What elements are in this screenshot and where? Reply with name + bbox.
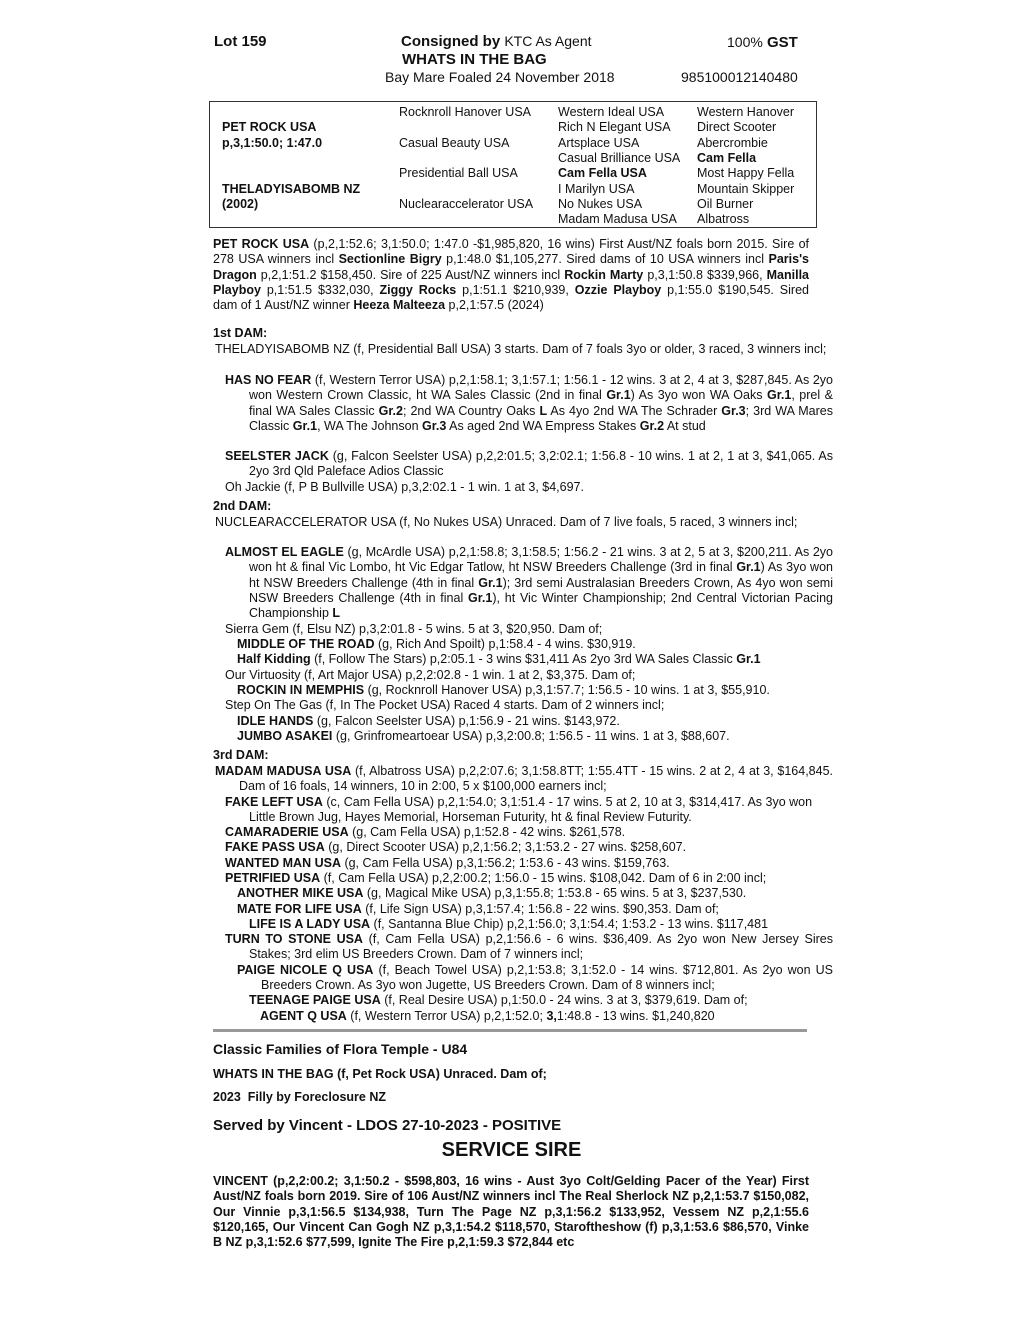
text: (g, Cam Fella USA) p,1:52.8 - 42 wins. $… — [349, 825, 626, 839]
second-dam-intro: NUCLEARACCELERATOR USA (f, No Nukes USA)… — [215, 515, 833, 530]
text: ) As 3yo won WA Oaks — [631, 388, 767, 402]
microchip-number: 985100012140480 — [681, 69, 798, 85]
grade: Gr.3 — [721, 404, 745, 418]
progeny-entry: JUMBO ASAKEI (g, Grinfromeartoear USA) p… — [237, 729, 730, 744]
pedigree-gen4: Abercrombie — [697, 136, 768, 151]
progeny-entry: FAKE LEFT USA (c, Cam Fella USA) p,2,1:5… — [225, 795, 833, 826]
grade: Gr.1 — [293, 419, 317, 433]
produce-item: Filly by Foreclosure NZ — [248, 1090, 386, 1104]
sire-summary: PET ROCK USA (p,2,1:52.6; 3,1:50.0; 1:47… — [213, 237, 809, 313]
third-dam-heading: 3rd DAM: — [213, 748, 269, 762]
progeny-name: LIFE IS A LADY USA — [249, 917, 370, 931]
grade: L — [332, 606, 340, 620]
pedigree-gen2: Nuclearaccelerator USA — [399, 197, 533, 212]
horse-description: Bay Mare Foaled 24 November 2018 — [385, 69, 615, 85]
progeny-entry: ROCKIN IN MEMPHIS (g, Rocknroll Hanover … — [237, 683, 770, 698]
grade: Gr.1 — [478, 576, 502, 590]
grade: Gr.3 — [422, 419, 446, 433]
text: (g, Cam Fella USA) p,3,1:56.2; 1:53.6 - … — [341, 856, 670, 870]
progeny-entry: WANTED MAN USA (g, Cam Fella USA) p,3,1:… — [225, 856, 670, 871]
pedigree-gen4: Mountain Skipper — [697, 182, 794, 197]
grade: Gr.2 — [379, 404, 403, 418]
progeny-entry: TURN TO STONE USA (f, Cam Fella USA) p,2… — [225, 932, 833, 963]
consigned-prefix: Consigned by — [401, 33, 500, 50]
pedigree-gen3: Casual Brilliance USA — [558, 151, 680, 166]
text: (g, Grinfromeartoear USA) p,3,2:00.8; 1:… — [332, 729, 729, 743]
pedigree-gen3: Madam Madusa USA — [558, 212, 677, 227]
third-dam-intro: MADAM MADUSA USA (f, Albatross USA) p,2,… — [215, 764, 833, 795]
grade: Gr.2 — [640, 419, 664, 433]
pedigree-gen4: Cam Fella — [697, 151, 756, 166]
pedigree-gen2: Presidential Ball USA — [399, 166, 518, 181]
progeny-name: ROCKIN IN MEMPHIS — [237, 683, 364, 697]
progeny-entry: AGENT Q USA (f, Western Terror USA) p,2,… — [260, 1009, 715, 1024]
progeny-entry: IDLE HANDS (g, Falcon Seelster USA) p,1:… — [237, 714, 620, 729]
text: , WA The Johnson — [317, 419, 422, 433]
section-divider — [213, 1029, 807, 1032]
notable-progeny: Rockin Marty — [564, 268, 643, 282]
gst-percent: 100% — [727, 34, 763, 50]
grade: Gr.1 — [736, 652, 760, 666]
progeny-entry: PAIGE NICOLE Q USA (f, Beach Towel USA) … — [237, 963, 833, 994]
text: p,2,1:57.5 (2024) — [445, 298, 544, 312]
service-sire-title: SERVICE SIRE — [0, 1139, 1021, 1162]
text: As aged 2nd WA Empress Stakes — [446, 419, 639, 433]
progeny-entry: CAMARADERIE USA (g, Cam Fella USA) p,1:5… — [225, 825, 625, 840]
text: (f, Western Terror USA) p,2,1:52.0; — [347, 1009, 547, 1023]
progeny-name: TEENAGE PAIGE USA — [249, 993, 381, 1007]
progeny-name: CAMARADERIE USA — [225, 825, 349, 839]
text: (g, Falcon Seelster USA) p,2,2:01.5; 3,2… — [249, 449, 833, 478]
pedigree-dam-year: (2002) — [222, 197, 258, 212]
progeny-name: IDLE HANDS — [237, 714, 313, 728]
text: p,1:48.0 $1,105,277. Sired dams of 10 US… — [442, 252, 769, 266]
second-dam-heading: 2nd DAM: — [213, 499, 271, 513]
progeny-entry: ALMOST EL EAGLE (g, McArdle USA) p,2,1:5… — [225, 545, 833, 621]
progeny-entry: MATE FOR LIFE USA (f, Life Sign USA) p,3… — [237, 902, 719, 917]
service-sire-title-text: SERVICE SIRE — [442, 1139, 582, 1161]
text: (g, Rich And Spoilt) p,1:58.4 - 4 wins. … — [375, 637, 636, 651]
text: p,3,1:50.8 $339,966, — [643, 268, 766, 282]
text: (f, Cam Fella USA) p,2,2:00.2; 1:56.0 - … — [320, 871, 766, 885]
progeny-entry: HAS NO FEAR (f, Western Terror USA) p,2,… — [225, 373, 833, 434]
pedigree-gen4: Direct Scooter — [697, 120, 776, 135]
text: 3, — [546, 1009, 556, 1023]
text: p,1:51.1 $210,939, — [456, 283, 575, 297]
pedigree-gen3: No Nukes USA — [558, 197, 642, 212]
text: (f, Life Sign USA) p,3,1:57.4; 1:56.8 - … — [362, 902, 719, 916]
text: (f, Real Desire USA) p,1:50.0 - 24 wins.… — [381, 993, 748, 1007]
pedigree-gen2: Rocknroll Hanover USA — [399, 105, 531, 120]
pedigree-gen3: Western Ideal USA — [558, 105, 664, 120]
family-line: Classic Families of Flora Temple - U84 — [213, 1041, 467, 1057]
text: p,1:51.5 $332,030, — [261, 283, 380, 297]
pedigree-gen4: Western Hanover — [697, 105, 794, 120]
pedigree-sire: PET ROCK USA — [222, 120, 316, 135]
text: (f, Santanna Blue Chip) p,2,1:56.0; 3,1:… — [370, 917, 768, 931]
progeny-name: SEELSTER JACK — [225, 449, 329, 463]
text: As 4yo 2nd WA The Schrader — [547, 404, 721, 418]
progeny-entry: SEELSTER JACK (g, Falcon Seelster USA) p… — [225, 449, 833, 480]
notable-progeny: Sectionline Bigry — [339, 252, 442, 266]
progeny-name: PAIGE NICOLE Q USA — [237, 963, 373, 977]
dam-name: MADAM MADUSA USA — [215, 764, 351, 778]
pedigree-gen3: Cam Fella USA — [558, 166, 647, 181]
text: p,2,1:51.2 $158,450. Sire of 225 Aust/NZ… — [257, 268, 564, 282]
progeny-name: PETRIFIED USA — [225, 871, 320, 885]
progeny-entry: Half Kidding (f, Follow The Stars) p,2:0… — [237, 652, 761, 667]
first-dam-intro: THELADYISABOMB NZ (f, Presidential Ball … — [215, 342, 833, 357]
text: ; 2nd WA Country Oaks — [403, 404, 539, 418]
progeny-name: WANTED MAN USA — [225, 856, 341, 870]
gst-label: GST — [767, 34, 798, 51]
progeny-entry: Our Virtuosity (f, Art Major USA) p,2,2:… — [225, 668, 635, 683]
progeny-name: TURN TO STONE USA — [225, 932, 363, 946]
progeny-entry: MIDDLE OF THE ROAD (g, Rich And Spoilt) … — [237, 637, 636, 652]
grade: L — [539, 404, 547, 418]
progeny-entry: Oh Jackie (f, P B Bullville USA) p,3,2:0… — [225, 480, 584, 495]
progeny-name: MIDDLE OF THE ROAD — [237, 637, 375, 651]
progeny-name: ALMOST EL EAGLE — [225, 545, 344, 559]
progeny-entry: ANOTHER MIKE USA (g, Magical Mike USA) p… — [237, 886, 746, 901]
text: (c, Cam Fella USA) p,2,1:54.0; 3,1:51.4 … — [249, 795, 812, 824]
produce-intro: WHATS IN THE BAG (f, Pet Rock USA) Unrac… — [213, 1067, 547, 1081]
progeny-entry: Sierra Gem (f, Elsu NZ) p,3,2:01.8 - 5 w… — [225, 622, 602, 637]
progeny-name: HAS NO FEAR — [225, 373, 311, 387]
produce-year: 2023 — [213, 1090, 241, 1104]
lot-number: Lot 159 — [214, 33, 267, 50]
notable-progeny: Ziggy Rocks — [379, 283, 456, 297]
grade: Gr.1 — [468, 591, 492, 605]
consignor: KTC As Agent — [504, 33, 591, 49]
pedigree-gen3: Rich N Elegant USA — [558, 120, 671, 135]
text: At stud — [664, 419, 706, 433]
gst: 100% GST — [727, 34, 798, 51]
progeny-entry: TEENAGE PAIGE USA (f, Real Desire USA) p… — [249, 993, 748, 1008]
pedigree-gen3: I Marilyn USA — [558, 182, 634, 197]
pedigree-gen4: Most Happy Fella — [697, 166, 794, 181]
text: (g, Direct Scooter USA) p,2,1:56.2; 3,1:… — [325, 840, 686, 854]
grade: Gr.1 — [736, 560, 760, 574]
text: 1:48.8 - 13 wins. $1,240,820 — [557, 1009, 715, 1023]
grade: Gr.1 — [606, 388, 630, 402]
progeny-name: FAKE PASS USA — [225, 840, 325, 854]
progeny-name: MATE FOR LIFE USA — [237, 902, 362, 916]
progeny-entry: LIFE IS A LADY USA (f, Santanna Blue Chi… — [249, 917, 768, 932]
progeny-name: AGENT Q USA — [260, 1009, 347, 1023]
text: (g, Magical Mike USA) p,3,1:55.8; 1:53.8… — [363, 886, 746, 900]
notable-progeny: Ozzie Playboy — [575, 283, 662, 297]
horse-name: WHATS IN THE BAG — [402, 51, 547, 68]
pedigree-table: PET ROCK USA p,3,1:50.0; 1:47.0 THELADYI… — [209, 101, 817, 228]
grade: Gr.1 — [767, 388, 791, 402]
pedigree-dam: THELADYISABOMB NZ — [222, 182, 360, 197]
pedigree-gen3: Artsplace USA — [558, 136, 639, 151]
produce-record: 2023 Filly by Foreclosure NZ — [213, 1090, 386, 1104]
text: (g, Rocknroll Hanover USA) p,3,1:57.7; 1… — [364, 683, 770, 697]
service-sire-summary: VINCENT (p,2,2:00.2; 3,1:50.2 - $598,803… — [213, 1174, 809, 1250]
progeny-entry: Step On The Gas (f, In The Pocket USA) R… — [225, 698, 664, 713]
progeny-name: ANOTHER MIKE USA — [237, 886, 363, 900]
pedigree-gen2: Casual Beauty USA — [399, 136, 509, 151]
progeny-name: FAKE LEFT USA — [225, 795, 323, 809]
consigned-by: Consigned by KTC As Agent — [401, 33, 592, 50]
sire-name: PET ROCK USA — [213, 237, 309, 251]
progeny-name: Half Kidding — [237, 652, 311, 666]
pedigree-gen4: Oil Burner — [697, 197, 753, 212]
first-dam-heading: 1st DAM: — [213, 326, 267, 340]
text: (f, Follow The Stars) p,2:05.1 - 3 wins … — [311, 652, 737, 666]
served-status: Served by Vincent - LDOS 27-10-2023 - PO… — [213, 1117, 561, 1134]
text: (g, Falcon Seelster USA) p,1:56.9 - 21 w… — [313, 714, 619, 728]
progeny-name: JUMBO ASAKEI — [237, 729, 332, 743]
progeny-entry: PETRIFIED USA (f, Cam Fella USA) p,2,2:0… — [225, 871, 766, 886]
pedigree-gen4: Albatross — [697, 212, 749, 227]
notable-progeny: Heeza Malteeza — [353, 298, 445, 312]
progeny-entry: FAKE PASS USA (g, Direct Scooter USA) p,… — [225, 840, 686, 855]
pedigree-sire-record: p,3,1:50.0; 1:47.0 — [222, 136, 322, 151]
